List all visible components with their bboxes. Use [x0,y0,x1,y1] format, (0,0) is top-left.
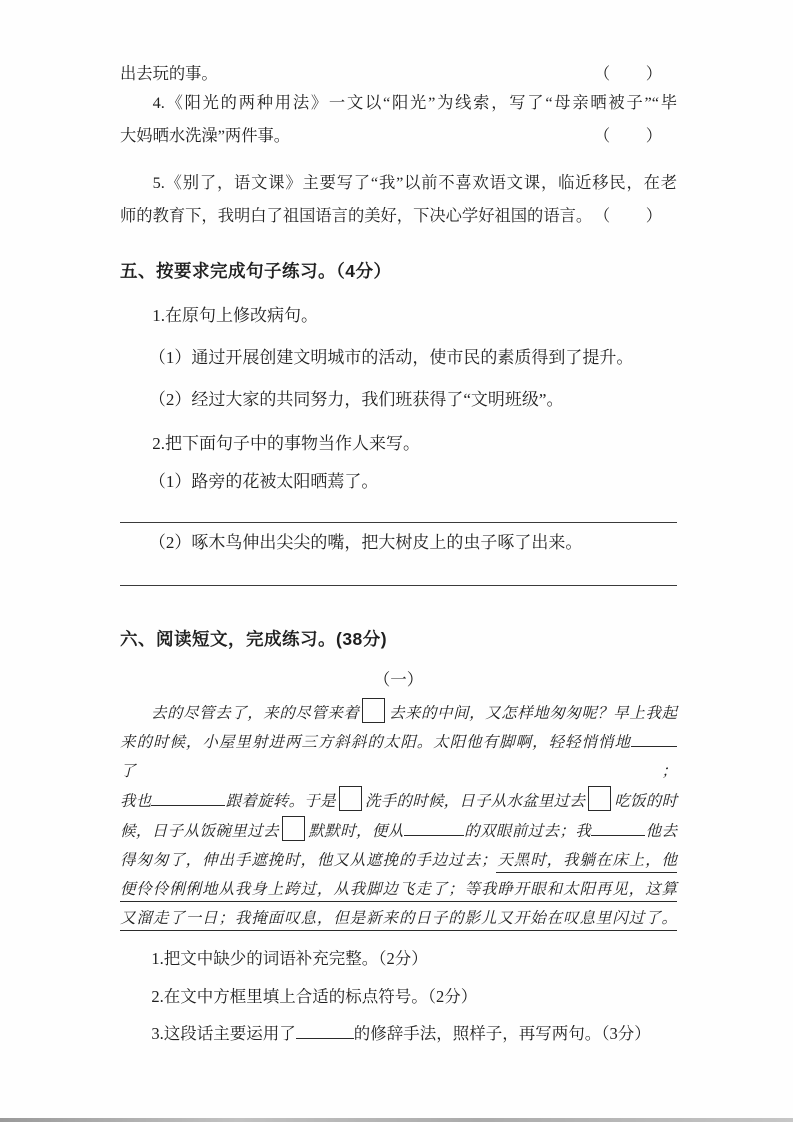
item-text: 大妈晒水洗澡”两件事。 [120,119,290,152]
section-6-question-1: 1.把文中缺少的词语补充完整。（2分） [151,947,677,971]
exam-item-4: 4.《阳光的两种用法》一文以“阳光”为线索，写了“母亲晒被子”“毕 大妈晒水洗澡… [120,86,677,152]
passage-line: 去的尽管去了，来的尽管来着去来的中间，又怎样地匆匆呢？早上我起 [120,698,677,728]
fill-in-blank [296,1022,354,1039]
question-2-item-1: （1）路旁的花被太阳晒蔫了。 [149,470,677,494]
answer-bracket: （ ） [594,62,663,86]
text-run: 默默时，便从 [308,823,404,840]
exam-item-3-tail: 出去玩的事。 （ ） [120,62,677,86]
underlined-text: 便伶伶俐俐地从我身上跨过，从我脚边飞走了；等我睁开眼和太阳再见，这算 [120,881,677,902]
text-run: 了； [120,763,677,780]
text-run: 洗手的时候，日子从水盆里过去 [365,793,585,810]
text-run: 的修辞手法，照样子，再写两句。（3分） [354,1024,651,1043]
section-6-question-3: 3.这段话主要运用了的修辞手法，照样子，再写两句。（3分） [151,1022,677,1046]
text-run: 来的时候，小屋里射进两三方斜斜的太阳。太阳他有脚啊，轻轻悄悄地 [120,734,631,751]
passage-line: 得匆匆了，伸出手遮挽时，他又从遮挽的手边过去；天黑时，我躺在床上，他 [120,846,677,875]
question-2-item-2: （2）啄木鸟伸出尖尖的嘴，把大树皮上的虫子啄了出来。 [149,531,677,555]
answer-line [120,585,677,586]
passage-line: 来的时候，小屋里射进两三方斜斜的太阳。太阳他有脚啊，轻轻悄悄地了； [120,728,677,786]
item-text-line: 大妈晒水洗澡”两件事。 （ ） [120,119,677,152]
underlined-text: 又溜走了一日；我掩面叹息，但是新来的日子的影儿又开始在叹息里闪过了。 [120,910,677,931]
text-run: 去来的中间，又怎样地匆匆呢？早上我起 [388,705,677,722]
fill-in-blank [591,820,645,836]
section-6-heading: 六、阅读短文，完成练习。(38分) [120,626,677,652]
punctuation-box [339,786,362,811]
item-text-line: 师的教育下，我明白了祖国语言的美好，下决心学好祖国的语言。 （ ） [120,199,677,232]
punctuation-box [362,698,385,723]
text-run: 去的尽管去了，来的尽管来着 [151,705,359,722]
page-content: 出去玩的事。 （ ） 4.《阳光的两种用法》一文以“阳光”为线索，写了“母亲晒被… [120,62,677,1046]
passage-subtitle: （一） [120,668,677,692]
underlined-text: 天黑时，我躺在床上，他 [496,852,677,873]
reading-passage: 去的尽管去了，来的尽管来着去来的中间，又怎样地匆匆呢？早上我起来的时候，小屋里射… [120,698,677,933]
text-run: 跟着旋转。于是 [225,793,335,810]
exam-item-5: 5.《别了，语文课》主要写了“我”以前不喜欢语文课，临近移民，在老 师的教育下，… [120,166,677,232]
text-run: 吃饭的时 [614,793,677,810]
scan-edge-shadow [0,1118,793,1122]
item-text-line: 4.《阳光的两种用法》一文以“阳光”为线索，写了“母亲晒被子”“毕 [120,86,677,119]
question-2-label: 2.把下面句子中的事物当作人来写。 [152,432,677,456]
passage-line: 便伶伶俐俐地从我身上跨过，从我脚边飞走了；等我睁开眼和太阳再见，这算 [120,875,677,904]
question-1-label: 1.在原句上修改病句。 [152,304,677,328]
text-run: 我也 [120,793,151,810]
answer-line [120,522,677,523]
section-5-body: 1.在原句上修改病句。 （1）通过开展创建文明城市的活动，使市民的素质得到了提升… [120,304,677,586]
passage-line: 我也跟着旋转。于是洗手的时候，日子从水盆里过去吃饭的时 [120,786,677,816]
true-false-items: 出去玩的事。 （ ） 4.《阳光的两种用法》一文以“阳光”为线索，写了“母亲晒被… [120,62,677,232]
passage-line: 候，日子从饭碗里过去默默时，便从的双眼前过去；我他去 [120,816,677,846]
text-run: 3.这段话主要运用了 [151,1024,295,1043]
text-run: 的双眼前过去；我 [464,823,592,840]
punctuation-box [588,786,611,811]
question-1-item-1: （1）通过开展创建文明城市的活动，使市民的素质得到了提升。 [149,346,677,370]
question-1-item-2: （2）经过大家的共同努力，我们班获得了“文明班级”。 [149,388,677,412]
item-text: 出去玩的事。 [120,62,218,86]
exam-page: 出去玩的事。 （ ） 4.《阳光的两种用法》一文以“阳光”为线索，写了“母亲晒被… [0,0,793,1122]
text-run: 他去 [645,823,677,840]
item-text-line: 5.《别了，语文课》主要写了“我”以前不喜欢语文课，临近移民，在老 [120,166,677,199]
punctuation-box [282,816,305,841]
answer-bracket: （ ） [594,119,663,152]
fill-in-blank [404,820,464,836]
text-run: 得匆匆了，伸出手遮挽时，他又从遮挽的手边过去； [120,852,496,869]
section-6-question-2: 2.在文中方框里填上合适的标点符号。（2分） [151,985,677,1009]
item-text: 师的教育下，我明白了祖国语言的美好，下决心学好祖国的语言。 [120,199,592,232]
fill-in-blank [631,731,677,747]
answer-bracket: （ ） [594,199,663,232]
fill-in-blank [151,790,225,806]
passage-line: 又溜走了一日；我掩面叹息，但是新来的日子的影儿又开始在叹息里闪过了。 [120,904,677,933]
section-5-heading: 五、按要求完成句子练习。（4分） [120,258,677,284]
text-run: 候，日子从饭碗里过去 [120,823,279,840]
